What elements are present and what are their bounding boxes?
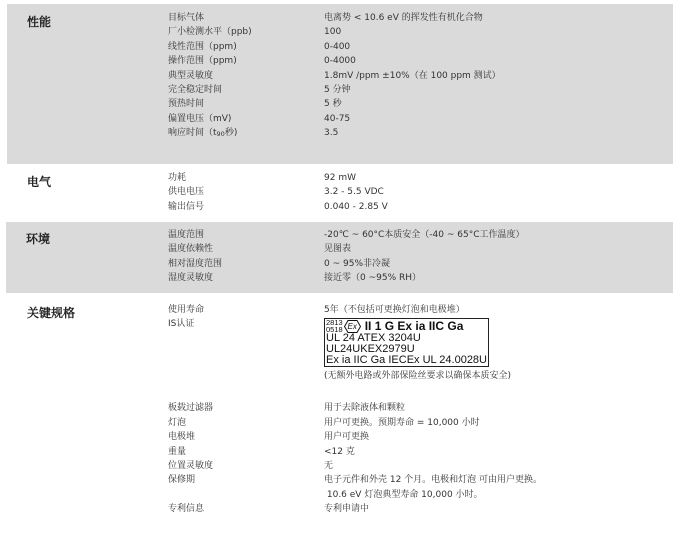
- spec-label: 典型灵敏度: [168, 69, 324, 83]
- spec-value: 92 mW: [324, 171, 658, 185]
- electrical-rows: 功耗92 mW 供电电压3.2 - 5.5 VDC 输出信号0.040 - 2.…: [168, 171, 658, 214]
- spec-label: IS认证: [168, 317, 324, 331]
- spec-value: 用户可更换: [324, 430, 658, 444]
- spec-label: 预热时间: [168, 97, 324, 111]
- spec-value: 见图表: [324, 242, 658, 256]
- cert-numbers: 28130518: [326, 319, 343, 333]
- spec-row-weight: 重量<12 克: [168, 445, 658, 459]
- spec-label: 重量: [168, 445, 324, 459]
- spec-label: 温度依赖性: [168, 242, 324, 256]
- certification-block: 28130518 Ex II 1 G Ex ia IIC Ga UL 24 AT…: [324, 317, 658, 381]
- spec-row-position-sensitivity: 位置灵敏度无: [168, 459, 658, 473]
- spec-label: 板载过滤器: [168, 401, 324, 415]
- cert-line-4: Ex ia IIC Ga IECEx UL 24.0028U: [326, 355, 487, 366]
- spec-label: 保修期: [168, 473, 324, 487]
- spec-row-output-signal: 输出信号0.040 - 2.85 V: [168, 200, 658, 214]
- section-environment: 环境 温度范围-20℃ ~ 60°C本质安全（-40 ~ 65°C工作温度） 温…: [6, 222, 673, 293]
- spec-label: 功耗: [168, 171, 324, 185]
- spec-value: 用户可更换。预期寿命 = 10,000 小时: [324, 416, 658, 430]
- spec-value: 电离势 < 10.6 eV 的挥发性有机化合物: [324, 11, 658, 25]
- section-title-performance: 性能: [27, 13, 51, 30]
- spec-row-humidity-sensitivity: 湿度灵敏度接近零（0 ~95% RH）: [168, 271, 658, 285]
- spec-label: 灯泡: [168, 416, 324, 430]
- spec-value: 10.6 eV 灯泡典型寿命 10,000 小时。: [324, 488, 658, 502]
- ex-hexagon-icon: Ex: [344, 320, 361, 333]
- spec-row-warranty: 保修期电子元件和外壳 12 个月。电极和灯泡 可由用户更换。: [168, 473, 658, 487]
- spec-label: 湿度灵敏度: [168, 271, 324, 285]
- section-title-electrical: 电气: [27, 173, 51, 190]
- spec-row-onboard-filter: 板载过滤器用于去除液体和颗粒: [168, 401, 658, 415]
- section-key-specs: 关键规格 使用寿命5年（不包括可更换灯泡和电极堆） IS认证 28130518 …: [7, 293, 673, 540]
- section-title-key-specs: 关键规格: [27, 304, 75, 321]
- spec-value: 1.8mV /ppm ±10%（在 100 ppm 测试）: [324, 69, 658, 83]
- spec-value: 0-4000: [324, 54, 658, 68]
- spec-value: -20℃ ~ 60°C本质安全（-40 ~ 65°C工作温度）: [324, 228, 658, 242]
- spec-row-electrode-stack: 电极堆用户可更换: [168, 430, 658, 444]
- spec-label: 目标气体: [168, 11, 324, 25]
- spec-label: 供电电压: [168, 185, 324, 199]
- section-title-environment: 环境: [26, 230, 50, 247]
- spec-label: 响应时间（t90秒): [168, 126, 324, 140]
- spec-value: 用于去除液体和颗粒: [324, 401, 658, 415]
- spec-value: 无: [324, 459, 658, 473]
- spec-label: 操作范围（ppm): [168, 54, 324, 68]
- performance-rows: 目标气体电离势 < 10.6 eV 的挥发性有机化合物 厂小检测水平（ppb)1…: [168, 11, 658, 141]
- spec-row-warranty-cont: 10.6 eV 灯泡典型寿命 10,000 小时。: [168, 488, 658, 502]
- spec-row-warmup: 预热时间5 秒: [168, 97, 658, 111]
- certification-box: 28130518 Ex II 1 G Ex ia IIC Ga UL 24 AT…: [324, 318, 489, 367]
- cert-note: (无额外电路或外部保险丝要求以确保本质安全): [324, 368, 658, 381]
- section-performance: 性能 目标气体电离势 < 10.6 eV 的挥发性有机化合物 厂小检测水平（pp…: [7, 4, 673, 164]
- spec-row-lamp: 灯泡用户可更换。预期寿命 = 10,000 小时: [168, 416, 658, 430]
- spec-label: 线性范围（ppm): [168, 40, 324, 54]
- spec-value: 0 ~ 95%非冷凝: [324, 257, 658, 271]
- spec-label: 输出信号: [168, 200, 324, 214]
- cert-header-line: 28130518 Ex II 1 G Ex ia IIC Ga: [326, 319, 487, 333]
- spec-row-humidity-range: 相对湿度范围0 ~ 95%非冷凝: [168, 257, 658, 271]
- spec-row-linear-range: 线性范围（ppm)0-400: [168, 40, 658, 54]
- label-text: 秒): [225, 128, 238, 138]
- environment-rows: 温度范围-20℃ ~ 60°C本质安全（-40 ~ 65°C工作温度） 温度依赖…: [168, 228, 658, 286]
- label-subscript: 90: [217, 130, 225, 138]
- spec-label: 使用寿命: [168, 303, 324, 317]
- spec-row-response-time: 响应时间（t90秒) 3.5: [168, 126, 658, 140]
- spec-value: 接近零（0 ~95% RH）: [324, 271, 658, 285]
- spec-row-min-detection: 厂小检测水平（ppb)100: [168, 25, 658, 39]
- spec-row-stabilization: 完全稳定时间5 分钟: [168, 83, 658, 97]
- cert-line-1: II 1 G Ex ia IIC Ga: [365, 321, 464, 332]
- spec-value: 电子元件和外壳 12 个月。电极和灯泡 可由用户更换。: [324, 473, 658, 487]
- spec-value: 5年（不包括可更换灯泡和电极堆）: [324, 303, 658, 317]
- spec-row-target-gas: 目标气体电离势 < 10.6 eV 的挥发性有机化合物: [168, 11, 658, 25]
- spec-row-bias-voltage: 偏置电压（mV)40-75: [168, 112, 658, 126]
- spec-value: 专利申请中: [324, 502, 658, 516]
- spec-label: 温度范围: [168, 228, 324, 242]
- spec-label: 电极堆: [168, 430, 324, 444]
- spec-label: [168, 488, 324, 502]
- spec-value: 0-400: [324, 40, 658, 54]
- spec-label: 专利信息: [168, 502, 324, 516]
- spec-row-sensitivity: 典型灵敏度1.8mV /ppm ±10%（在 100 ppm 测试）: [168, 69, 658, 83]
- spec-value: 40-75: [324, 112, 658, 126]
- spec-value: <12 克: [324, 445, 658, 459]
- spec-value: 3.5: [324, 126, 658, 140]
- spec-row-is-certification: IS认证 28130518 Ex II 1 G Ex ia IIC Ga UL …: [168, 317, 658, 401]
- section-electrical: 电气 功耗92 mW 供电电压3.2 - 5.5 VDC 输出信号0.040 -…: [7, 164, 673, 222]
- spec-row-service-life: 使用寿命5年（不包括可更换灯泡和电极堆）: [168, 303, 658, 317]
- spec-label: 位置灵敏度: [168, 459, 324, 473]
- spec-row-patent: 专利信息专利申请中: [168, 502, 658, 516]
- spec-row-supply-voltage: 供电电压3.2 - 5.5 VDC: [168, 185, 658, 199]
- ex-symbol-text: Ex: [348, 321, 357, 332]
- spec-label: 厂小检测水平（ppb): [168, 25, 324, 39]
- spec-row-operating-range: 操作范围（ppm)0-4000: [168, 54, 658, 68]
- spec-value: 100: [324, 25, 658, 39]
- spec-value: 0.040 - 2.85 V: [324, 200, 658, 214]
- spec-row-temp-range: 温度范围-20℃ ~ 60°C本质安全（-40 ~ 65°C工作温度）: [168, 228, 658, 242]
- label-text: 响应时间（t: [168, 128, 217, 138]
- spec-label: 偏置电压（mV): [168, 112, 324, 126]
- spec-label: 完全稳定时间: [168, 83, 324, 97]
- spec-row-power: 功耗92 mW: [168, 171, 658, 185]
- spec-value: 5 分钟: [324, 83, 658, 97]
- spec-value: 5 秒: [324, 97, 658, 111]
- key-spec-rows: 使用寿命5年（不包括可更换灯泡和电极堆） IS认证 28130518 Ex II…: [168, 303, 658, 517]
- spec-row-temp-dependence: 温度依赖性见图表: [168, 242, 658, 256]
- spec-value: 3.2 - 5.5 VDC: [324, 185, 658, 199]
- spec-label: 相对湿度范围: [168, 257, 324, 271]
